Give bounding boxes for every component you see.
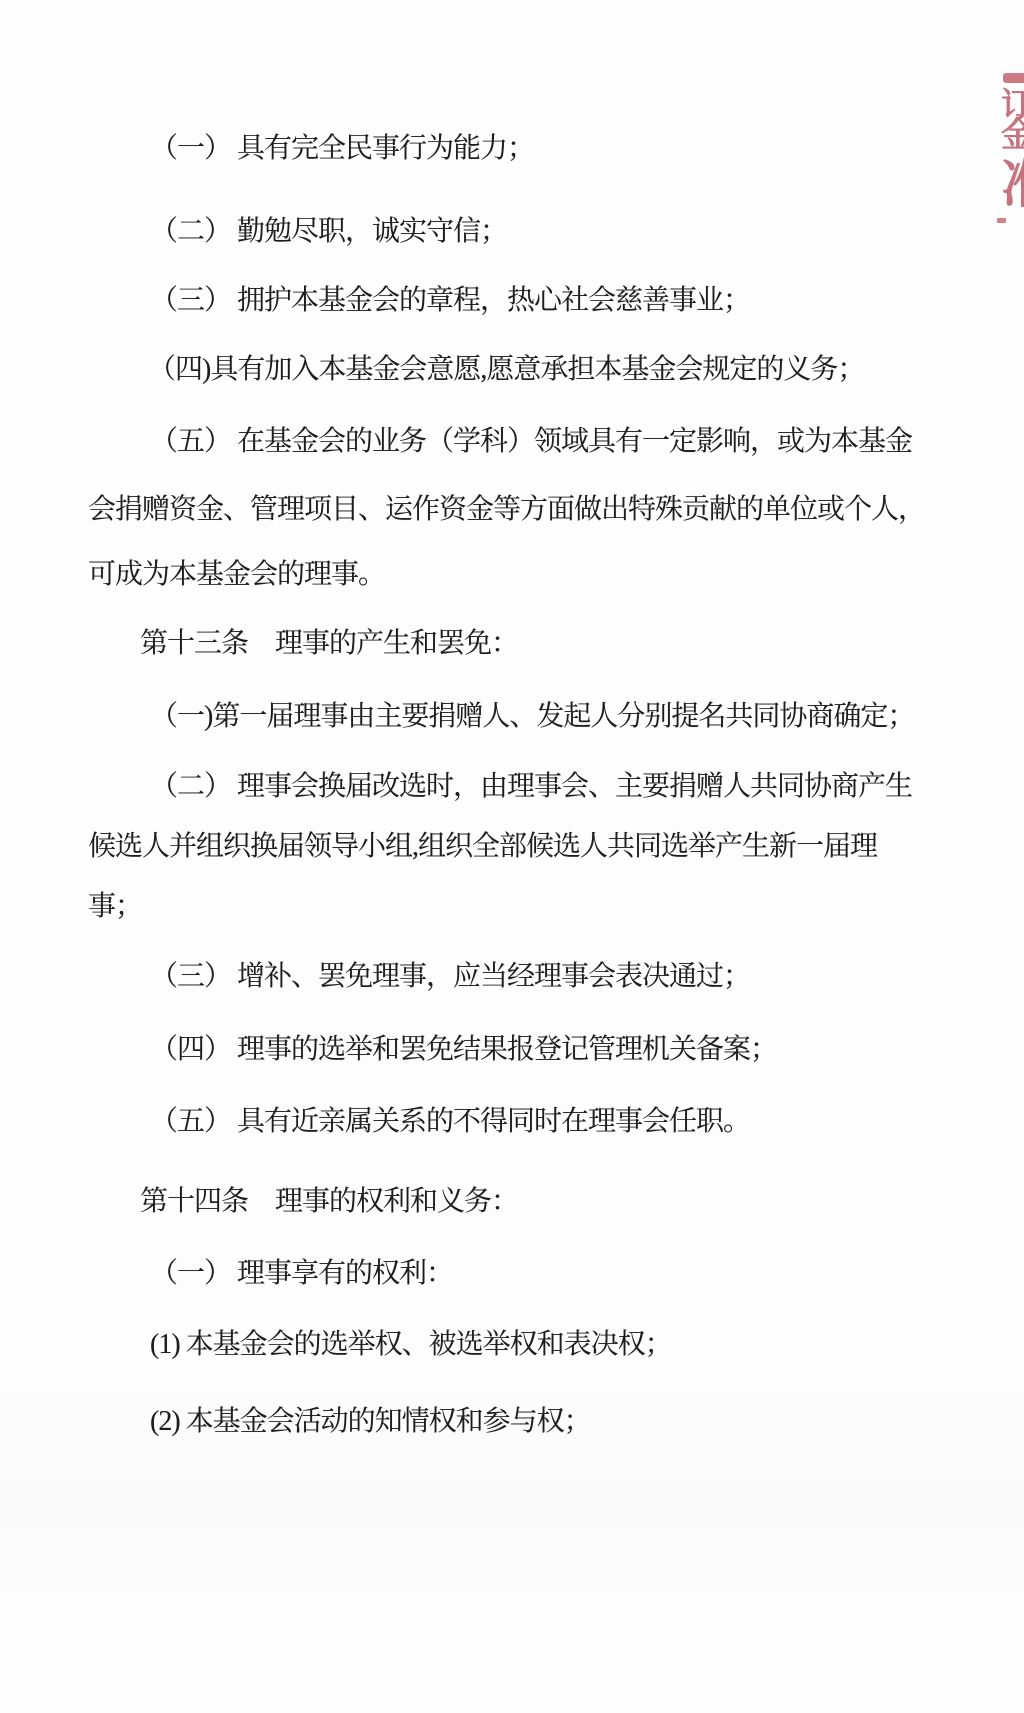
text-line: (1) 本基金会的选举权、被选举权和表决权； xyxy=(150,1327,672,1363)
stamp-stroke-top xyxy=(1003,73,1024,83)
text-line: （三） 拥护本基金会的章程，热心社会慈善事业； xyxy=(150,283,750,319)
text-line: （一） 具有完全民事行为能力； xyxy=(150,131,534,167)
stamp-stroke-bottom xyxy=(997,218,1006,223)
text-line: （五） 具有近亲属关系的不得同时在理事会任职。 xyxy=(150,1104,750,1140)
text-line: （四)具有加入本基金会意愿,愿意承担本基金会规定的义务； xyxy=(148,352,864,388)
text-line: 第十三条 理事的产生和罢免： xyxy=(140,626,518,662)
text-line: 事； xyxy=(88,889,142,925)
text-line: （一)第一届理事由主要捐赠人、发起人分别提名共同协商确定； xyxy=(150,699,914,735)
text-line: （一） 理事享有的权利： xyxy=(150,1256,453,1292)
text-line: （二） 理事会换届改选时，由理事会、主要捐赠人共同协商产生 xyxy=(150,769,912,805)
text-line: 第十四条 理事的权利和义务： xyxy=(140,1184,518,1220)
text-line: 候选人并组织换届领导小组,组织全部候选人共同选举产生新一届理 xyxy=(88,829,877,865)
text-line: （五） 在基金会的业务（学科）领域具有一定影响，或为本基金 xyxy=(150,424,912,460)
text-line: 会捐赠资金、管理项目、运作资金等方面做出特殊贡献的单位或个人， xyxy=(88,492,925,528)
text-line: （四） 理事的选举和罢免结果报登记管理机关备案； xyxy=(150,1032,777,1068)
text-line: 可成为本基金会的理事。 xyxy=(88,557,385,593)
stamp-character: 订 xyxy=(1001,88,1024,120)
text-line: (2) 本基金会活动的知情权和参与权； xyxy=(150,1404,591,1440)
text-line: （三） 增补、罢免理事，应当经理事会表决通过； xyxy=(150,959,750,995)
document-page: （一） 具有完全民事行为能力；（二） 勤勉尽职，诚实守信；（三） 拥护本基金会的… xyxy=(0,0,1024,1713)
stamp-character: 准 xyxy=(1001,160,1024,212)
stamp-character: 金 xyxy=(1001,119,1024,153)
text-line: （二） 勤勉尽职，诚实守信； xyxy=(150,214,507,250)
